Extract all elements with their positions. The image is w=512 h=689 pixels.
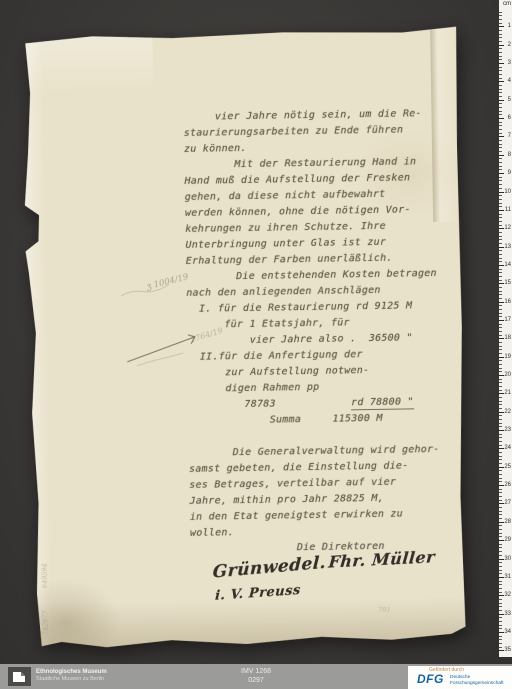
ruler-minor-tick xyxy=(499,603,502,604)
ruler-number: 21 xyxy=(504,390,511,396)
ruler-minor-tick xyxy=(499,507,502,508)
ruler-number: 3 xyxy=(508,60,511,66)
ruler-number: 22 xyxy=(504,409,511,415)
ruler-minor-tick xyxy=(499,346,502,347)
ruler-minor-tick xyxy=(499,133,502,134)
ruler-minor-tick xyxy=(499,30,502,31)
ruler-major-tick xyxy=(499,100,504,101)
typewritten-text: vier Jahre nötig sein, um die Re-staurie… xyxy=(183,106,466,558)
ruler-major-tick xyxy=(499,503,504,504)
ruler-minor-tick xyxy=(499,52,502,53)
ruler-minor-tick xyxy=(499,203,502,204)
ruler-number: 19 xyxy=(504,354,511,360)
ruler-minor-tick xyxy=(499,122,502,123)
ruler-minor-tick xyxy=(499,636,502,637)
ruler-minor-tick xyxy=(499,177,502,178)
ruler-minor-tick xyxy=(499,441,502,442)
ruler-minor-tick xyxy=(499,463,502,464)
ruler-minor-tick xyxy=(499,371,502,372)
ruler-major-tick xyxy=(499,595,504,596)
ruler-minor-tick xyxy=(499,511,502,512)
ruler-minor-tick xyxy=(499,291,502,292)
document-page: vier Jahre nötig sein, um die Re-staurie… xyxy=(22,27,467,652)
ruler-minor-tick xyxy=(499,573,502,574)
ruler-number: 16 xyxy=(504,299,511,305)
ruler-minor-tick xyxy=(499,514,502,515)
ruler-minor-tick xyxy=(499,111,502,112)
ruler-minor-tick xyxy=(499,67,502,68)
ruler-number: 12 xyxy=(504,225,511,231)
ruler-number: 30 xyxy=(504,556,511,562)
ruler-major-tick xyxy=(499,192,504,193)
ruler-minor-tick xyxy=(499,287,502,288)
ruler-minor-tick xyxy=(499,184,502,185)
ruler-major-tick xyxy=(499,577,504,578)
ruler-minor-tick xyxy=(499,129,502,130)
ruler-major-tick xyxy=(499,247,504,248)
ruler-minor-tick xyxy=(499,353,502,354)
ruler-minor-tick xyxy=(499,19,502,20)
ruler-minor-tick xyxy=(499,114,502,115)
ruler-minor-tick xyxy=(499,48,502,49)
ruler-number: 14 xyxy=(504,262,511,268)
ruler-minor-tick xyxy=(499,147,502,148)
ruler-major-tick xyxy=(499,283,504,284)
ruler-major-tick xyxy=(499,210,504,211)
ruler-minor-tick xyxy=(499,459,502,460)
ruler-major-tick xyxy=(499,338,504,339)
dfg-org-line2: Forschungsgemeinschaft xyxy=(450,681,504,687)
ruler-minor-tick xyxy=(499,276,502,277)
dfg-funding-box: Gefördert durch DFG Deutsche Forschungsg… xyxy=(408,666,512,689)
footer-bar: Ethnologisches Museum Staatliche Museen … xyxy=(0,664,512,689)
ruler-minor-tick xyxy=(499,581,502,582)
ruler-major-tick xyxy=(499,430,504,431)
ruler-major-tick xyxy=(499,118,504,119)
ruler-minor-tick xyxy=(499,41,502,42)
ruler-minor-tick xyxy=(499,23,502,24)
ruler-number: 7 xyxy=(508,133,511,139)
ruler-minor-tick xyxy=(499,489,502,490)
ruler-minor-tick xyxy=(499,324,502,325)
pencil-margin-number-2: 742877 xyxy=(41,610,49,635)
ruler-minor-tick xyxy=(499,562,502,563)
ruler-major-tick xyxy=(499,448,504,449)
ruler-minor-tick xyxy=(499,180,502,181)
ruler-minor-tick xyxy=(499,555,502,556)
ruler-minor-tick xyxy=(499,188,502,189)
ruler-minor-tick xyxy=(499,258,502,259)
ruler-minor-tick xyxy=(499,617,502,618)
ruler-major-tick xyxy=(499,302,504,303)
ruler-major-tick xyxy=(499,632,504,633)
ruler-major-tick xyxy=(499,45,504,46)
ruler-minor-tick xyxy=(499,236,502,237)
paper-top-highlight xyxy=(22,31,153,93)
ruler-minor-tick xyxy=(499,331,502,332)
document-page-wrap: vier Jahre nötig sein, um die Re-staurie… xyxy=(22,27,467,652)
ruler-number: 27 xyxy=(504,500,511,506)
ruler-number: 5 xyxy=(508,97,511,103)
ruler-minor-tick xyxy=(499,169,502,170)
ruler-minor-tick xyxy=(499,570,502,571)
ruler-minor-tick xyxy=(499,547,502,548)
ruler-minor-tick xyxy=(499,386,502,387)
ruler-minor-tick xyxy=(499,643,502,644)
ruler-minor-tick xyxy=(499,199,502,200)
ruler-number: 2 xyxy=(508,42,511,48)
ruler-minor-tick xyxy=(499,261,502,262)
ruler-minor-tick xyxy=(499,195,502,196)
ruler-minor-tick xyxy=(499,456,502,457)
ruler-minor-tick xyxy=(499,305,502,306)
ruler-minor-tick xyxy=(499,533,502,534)
ruler-minor-tick xyxy=(499,70,502,71)
ruler-number: 13 xyxy=(504,244,511,250)
ruler-minor-tick xyxy=(499,536,502,537)
ruler-minor-tick xyxy=(499,584,502,585)
ruler-number: 17 xyxy=(504,317,511,323)
ruler-minor-tick xyxy=(499,217,502,218)
ruler-minor-tick xyxy=(499,437,502,438)
ruler-minor-tick xyxy=(499,342,502,343)
signature-mueller: Fhr. Müller xyxy=(328,547,436,572)
ruler-minor-tick xyxy=(499,158,502,159)
pencil-margin-number-1: 649594 xyxy=(40,563,48,588)
ruler-minor-tick xyxy=(499,232,502,233)
ruler-minor-tick xyxy=(499,85,502,86)
ruler-minor-tick xyxy=(499,280,502,281)
measurement-ruler: cm 1234567891011121314151617181920212223… xyxy=(499,0,512,657)
ruler-minor-tick xyxy=(499,588,502,589)
ruler-minor-tick xyxy=(499,214,502,215)
ruler-minor-tick xyxy=(499,74,502,75)
ruler-minor-tick xyxy=(499,298,502,299)
ruler-minor-tick xyxy=(499,426,502,427)
ruler-number: 6 xyxy=(508,115,511,121)
ruler-minor-tick xyxy=(499,518,502,519)
ruler-minor-tick xyxy=(499,419,502,420)
ruler-minor-tick xyxy=(499,125,502,126)
ruler-minor-tick xyxy=(499,37,502,38)
ruler-major-tick xyxy=(499,265,504,266)
ruler-minor-tick xyxy=(499,647,502,648)
ruler-major-tick xyxy=(499,320,504,321)
ruler-minor-tick xyxy=(499,423,502,424)
ruler-number: 28 xyxy=(504,519,511,525)
ruler-minor-tick xyxy=(499,56,502,57)
ruler-minor-tick xyxy=(499,368,502,369)
ruler-number: 24 xyxy=(504,445,511,451)
ruler-number: 10 xyxy=(504,189,511,195)
ruler-minor-tick xyxy=(499,335,502,336)
ruler-minor-tick xyxy=(499,239,502,240)
ruler-major-tick xyxy=(499,412,504,413)
ruler-major-tick xyxy=(499,522,504,523)
ruler-minor-tick xyxy=(499,408,502,409)
ruler-minor-tick xyxy=(499,544,502,545)
ruler-minor-tick xyxy=(499,492,502,493)
ruler-minor-tick xyxy=(499,404,502,405)
ruler-minor-tick xyxy=(499,625,502,626)
ruler-number: 11 xyxy=(505,207,511,213)
ruler-major-tick xyxy=(499,26,504,27)
ruler-minor-tick xyxy=(499,452,502,453)
paper-smudge xyxy=(22,577,122,651)
ruler-major-tick xyxy=(499,63,504,64)
ruler-minor-tick xyxy=(499,621,502,622)
ruler-minor-tick xyxy=(499,592,502,593)
paper-left-fold-highlight xyxy=(22,33,52,651)
ruler-minor-tick xyxy=(499,34,502,35)
ruler-minor-tick xyxy=(499,107,502,108)
ruler-minor-tick xyxy=(499,397,502,398)
ruler-minor-tick xyxy=(499,470,502,471)
ruler-minor-tick xyxy=(499,103,502,104)
ruler-minor-tick xyxy=(499,243,502,244)
ruler-minor-tick xyxy=(499,415,502,416)
ruler-minor-tick xyxy=(499,140,502,141)
ruler-minor-tick xyxy=(499,525,502,526)
ruler-minor-tick xyxy=(499,599,502,600)
ruler-minor-tick xyxy=(499,92,502,93)
ruler-minor-tick xyxy=(499,349,502,350)
ruler-minor-tick xyxy=(499,327,502,328)
ruler-minor-tick xyxy=(499,382,502,383)
ruler-major-tick xyxy=(499,81,504,82)
ruler-minor-tick xyxy=(499,225,502,226)
ruler-major-tick xyxy=(499,467,504,468)
ruler-number: 32 xyxy=(504,592,511,598)
ruler-minor-tick xyxy=(499,445,502,446)
ruler-minor-tick xyxy=(499,551,502,552)
ruler-major-tick xyxy=(499,375,504,376)
ruler-minor-tick xyxy=(499,474,502,475)
ruler-minor-tick xyxy=(499,481,502,482)
ruler-minor-tick xyxy=(499,390,502,391)
ruler-minor-tick xyxy=(499,166,502,167)
ruler-number: 25 xyxy=(504,464,511,470)
ruler-minor-tick xyxy=(499,639,502,640)
underlined-amount: rd 78800 " xyxy=(351,396,414,410)
ruler-number: 34 xyxy=(504,629,511,635)
ruler-major-tick xyxy=(499,559,504,560)
ruler-minor-tick xyxy=(499,496,502,497)
ruler-minor-tick xyxy=(499,434,502,435)
dfg-org-name: Deutsche Forschungsgemeinschaft xyxy=(450,675,504,686)
ruler-number: 8 xyxy=(508,152,511,158)
ruler-minor-tick xyxy=(499,96,502,97)
ruler-minor-tick xyxy=(499,250,502,251)
ruler-minor-tick xyxy=(499,144,502,145)
ruler-minor-tick xyxy=(499,89,502,90)
ruler-minor-tick xyxy=(499,206,502,207)
ruler-major-tick xyxy=(499,614,504,615)
ruler-major-tick xyxy=(499,155,504,156)
ruler-minor-tick xyxy=(499,78,502,79)
ruler-minor-tick xyxy=(499,221,502,222)
ruler-minor-tick xyxy=(499,628,502,629)
ruler-number: 20 xyxy=(504,372,511,378)
ruler-minor-tick xyxy=(499,162,502,163)
ruler-minor-tick xyxy=(499,500,502,501)
ruler-minor-tick xyxy=(499,272,502,273)
ruler-minor-tick xyxy=(499,478,502,479)
ruler-minor-tick xyxy=(499,294,502,295)
ruler-number: 26 xyxy=(504,482,511,488)
ruler-major-tick xyxy=(499,393,504,394)
ruler-number: 18 xyxy=(504,335,511,341)
ruler-minor-tick xyxy=(499,379,502,380)
ruler-minor-tick xyxy=(499,529,502,530)
ruler-minor-tick xyxy=(499,610,502,611)
ruler-number: 9 xyxy=(508,170,511,176)
ruler-major-tick xyxy=(499,357,504,358)
ruler-number: 1 xyxy=(508,23,511,29)
ruler-minor-tick xyxy=(499,364,502,365)
ruler-minor-tick xyxy=(499,606,502,607)
ruler-minor-tick xyxy=(499,59,502,60)
ruler-major-tick xyxy=(499,650,504,651)
ruler-major-tick xyxy=(499,136,504,137)
ruler-minor-tick xyxy=(499,12,502,13)
ruler-minor-tick xyxy=(499,313,502,314)
ruler-number: 23 xyxy=(504,427,511,433)
ruler-minor-tick xyxy=(499,566,502,567)
pencil-page-mark: 791 xyxy=(378,606,391,614)
ruler-minor-tick xyxy=(499,269,502,270)
ruler-minor-tick xyxy=(499,316,502,317)
ruler-major-tick xyxy=(499,485,504,486)
ruler-number: 35 xyxy=(504,647,511,653)
pencil-note-number: ʒ 1004/19 xyxy=(146,272,190,292)
ruler-minor-tick xyxy=(499,151,502,152)
ruler-number: 33 xyxy=(504,611,511,617)
ruler-minor-tick xyxy=(499,360,502,361)
ruler-minor-tick xyxy=(499,309,502,310)
ruler-unit-label: cm xyxy=(503,1,511,7)
ruler-major-tick xyxy=(499,228,504,229)
scan-background: vier Jahre nötig sein, um die Re-staurie… xyxy=(0,0,512,689)
ruler-major-tick xyxy=(499,173,504,174)
ruler-number: 15 xyxy=(504,280,511,286)
ruler-minor-tick xyxy=(499,15,502,16)
dfg-logo: DFG xyxy=(417,672,444,686)
ruler-number: 29 xyxy=(504,537,511,543)
ruler-minor-tick xyxy=(499,254,502,255)
ruler-major-tick xyxy=(499,540,504,541)
ruler-number: 4 xyxy=(508,78,511,84)
ruler-number: 31 xyxy=(504,574,511,580)
ruler-minor-tick xyxy=(499,401,502,402)
